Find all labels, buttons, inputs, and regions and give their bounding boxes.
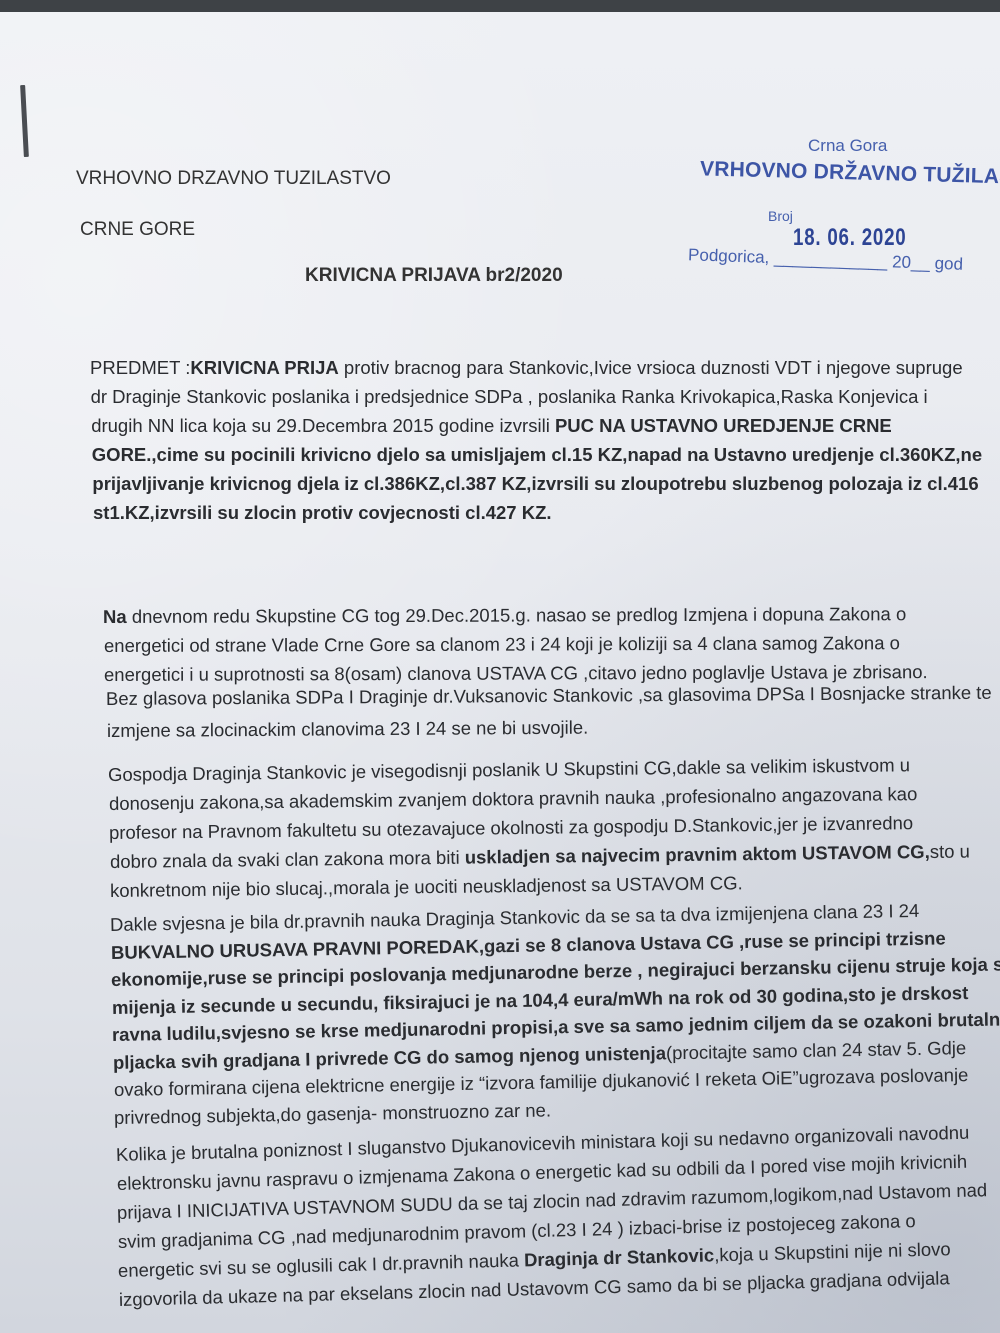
- text-line: izmjene sa zlocinackim clanovima 23 I 24…: [107, 717, 588, 742]
- text-run: konkretnom nije bio slucaj.,morala je uo…: [110, 872, 743, 901]
- text-run: Bez glasova poslanika SDPa I Draginje dr…: [106, 682, 992, 709]
- bold-text: pljacka svih gradjana I privrede CG do s…: [113, 1042, 666, 1073]
- bold-text: prijavljivanje krivicnog djela iz cl.386…: [92, 473, 978, 494]
- text-line: konkretnom nije bio slucaj.,morala je uo…: [110, 872, 743, 902]
- bold-text: GORE.,cime su pocinili krivicno djelo sa…: [92, 444, 982, 465]
- stamp-country: Crna Gora: [808, 136, 887, 156]
- text-run: donosenju zakona,sa akademskim zvanjem d…: [108, 783, 917, 814]
- text-line: donosenju zakona,sa akademskim zvanjem d…: [108, 783, 917, 815]
- text-run: dr Draginje Stankovic poslanika i predsj…: [91, 386, 928, 407]
- text-run: PREDMET :: [90, 357, 190, 378]
- text-line: privrednog subjekta,do gasenja- monstruo…: [114, 1099, 551, 1129]
- text-run: izmjene sa zlocinackim clanovima 23 I 24…: [107, 717, 588, 741]
- text-run: (procitajte samo clan 24 stav 5. Gdje: [666, 1037, 967, 1063]
- text-line: Gospodja Draginja Stankovic je visegodis…: [108, 754, 910, 786]
- bold-text: st1.KZ,izvrsili su zlocin protiv covjecn…: [93, 502, 552, 523]
- bold-text: ekonomije,ruse se principi poslovanja me…: [111, 960, 643, 990]
- text-line: Bez glasova poslanika SDPa I Draginje dr…: [106, 682, 992, 710]
- text-run: dnevnom redu Skupstine CG tog 29.Dec.201…: [127, 603, 907, 627]
- text-run: sto u: [929, 840, 969, 861]
- text-line: Na dnevnom redu Skupstine CG tog 29.Dec.…: [103, 603, 906, 628]
- stamp-number-label: Broj: [768, 208, 793, 224]
- text-run: dobro znala da svaki clan zakona mora bi…: [110, 847, 465, 872]
- bold-text: uskladjen sa najvecim pravnim aktom USTA…: [464, 841, 929, 868]
- text-run: profesor na Pravnom fakultetu su otezava…: [109, 812, 913, 843]
- text-line: GORE.,cime su pocinili krivicno djelo sa…: [92, 444, 982, 466]
- text-line: energetici od strane Vlade Crne Gore sa …: [104, 632, 900, 657]
- bold-text: PUC NA USTAVNO UREDJENJE CRNE: [555, 415, 892, 436]
- text-line: profesor na Pravnom fakultetu su otezava…: [109, 812, 913, 844]
- document-page: VRHOVNO DRZAVNO TUZILASTVO CRNE GORE KRI…: [0, 12, 1000, 1333]
- bold-text: Na: [103, 606, 127, 627]
- text-line: dobro znala da svaki clan zakona mora bi…: [110, 840, 970, 873]
- text-line: prijavljivanje krivicnog djela iz cl.386…: [92, 473, 978, 495]
- text-line: dr Draginje Stankovic poslanika i predsj…: [91, 386, 928, 408]
- text-line: st1.KZ,izvrsili su zlocin protiv covjecn…: [93, 502, 552, 524]
- document-title: KRIVICNA PRIJAVA br2/2020: [305, 265, 563, 287]
- text-run: drugih NN lica koja su 29.Decembra 2015 …: [91, 415, 555, 436]
- stamp-city-line: Podgorica, ____________ 20__ god: [688, 245, 964, 275]
- text-run: Gospodja Draginja Stankovic je visegodis…: [108, 754, 910, 785]
- addressee-line-1: VRHOVNO DRZAVNO TUZILASTVO: [76, 168, 391, 190]
- stamp-organization: VRHOVNO DRŽAVNO TUŽILAŠTVO: [700, 157, 1000, 190]
- text-run: privrednog subjekta,do gasenja- monstruo…: [114, 1099, 551, 1128]
- addressee-line-2: CRNE GORE: [80, 219, 195, 241]
- bold-text: negirajuci berzansku cijenu struje koja …: [642, 953, 1000, 980]
- stamp-date: 18. 06. 2020: [793, 224, 906, 252]
- text-run: ,koja u Skupstini nije ni slovo: [714, 1238, 951, 1265]
- text-line: drugih NN lica koja su 29.Decembra 2015 …: [91, 415, 892, 437]
- bold-text: Draginja dr Stankovic: [524, 1244, 715, 1270]
- staple: [20, 85, 29, 157]
- text-run: protiv bracnog para Stankovic,Ivice vrsi…: [339, 357, 963, 378]
- bold-text: KRIVICNA PRIJA: [190, 357, 338, 378]
- text-run: energetici i u suprotnosti sa 8(osam) cl…: [104, 661, 928, 685]
- text-run: energetic svi su se oglusili cak I dr.pr…: [118, 1249, 525, 1281]
- text-line: PREDMET :KRIVICNA PRIJA protiv bracnog p…: [90, 357, 963, 379]
- text-run: energetici od strane Vlade Crne Gore sa …: [104, 632, 900, 656]
